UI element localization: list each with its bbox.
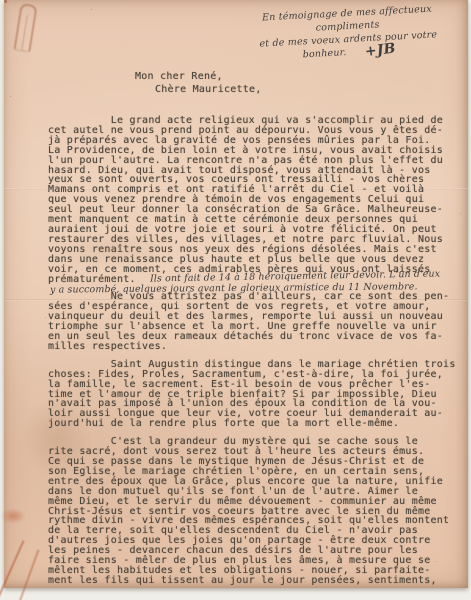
handwritten-signature: +JB	[364, 43, 396, 60]
salutation-mauricette: Chère Mauricette,	[155, 84, 262, 95]
letter-body: Le grand acte religieux qui va s'accompl…	[48, 116, 462, 594]
rust-blotch	[0, 508, 26, 524]
letter-paragraph: Le grand acte religieux qui va s'accompl…	[48, 116, 462, 284]
letter-paragraph: Ne vous attristez pas d'ailleurs, car ce…	[48, 292, 462, 351]
dedication-line: bonheur.	[302, 46, 347, 61]
letter-paragraph: C'est la grandeur du mystère qui se cach…	[48, 437, 462, 586]
letter-page: En témoignage de mes affectueux complime…	[4, 0, 468, 588]
letter-paragraph: Saint Augustin distingue dans le mariage…	[48, 360, 462, 429]
scanned-letter-scene: En témoignage de mes affectueux complime…	[0, 0, 471, 600]
salutation-rene: Mon cher René,	[135, 71, 223, 82]
handwritten-dedication: En témoignage de mes affectueux complime…	[233, 1, 463, 65]
rust-streak	[18, 549, 39, 600]
rust-streak	[0, 540, 25, 597]
foxing-specks	[4, 0, 7, 3]
